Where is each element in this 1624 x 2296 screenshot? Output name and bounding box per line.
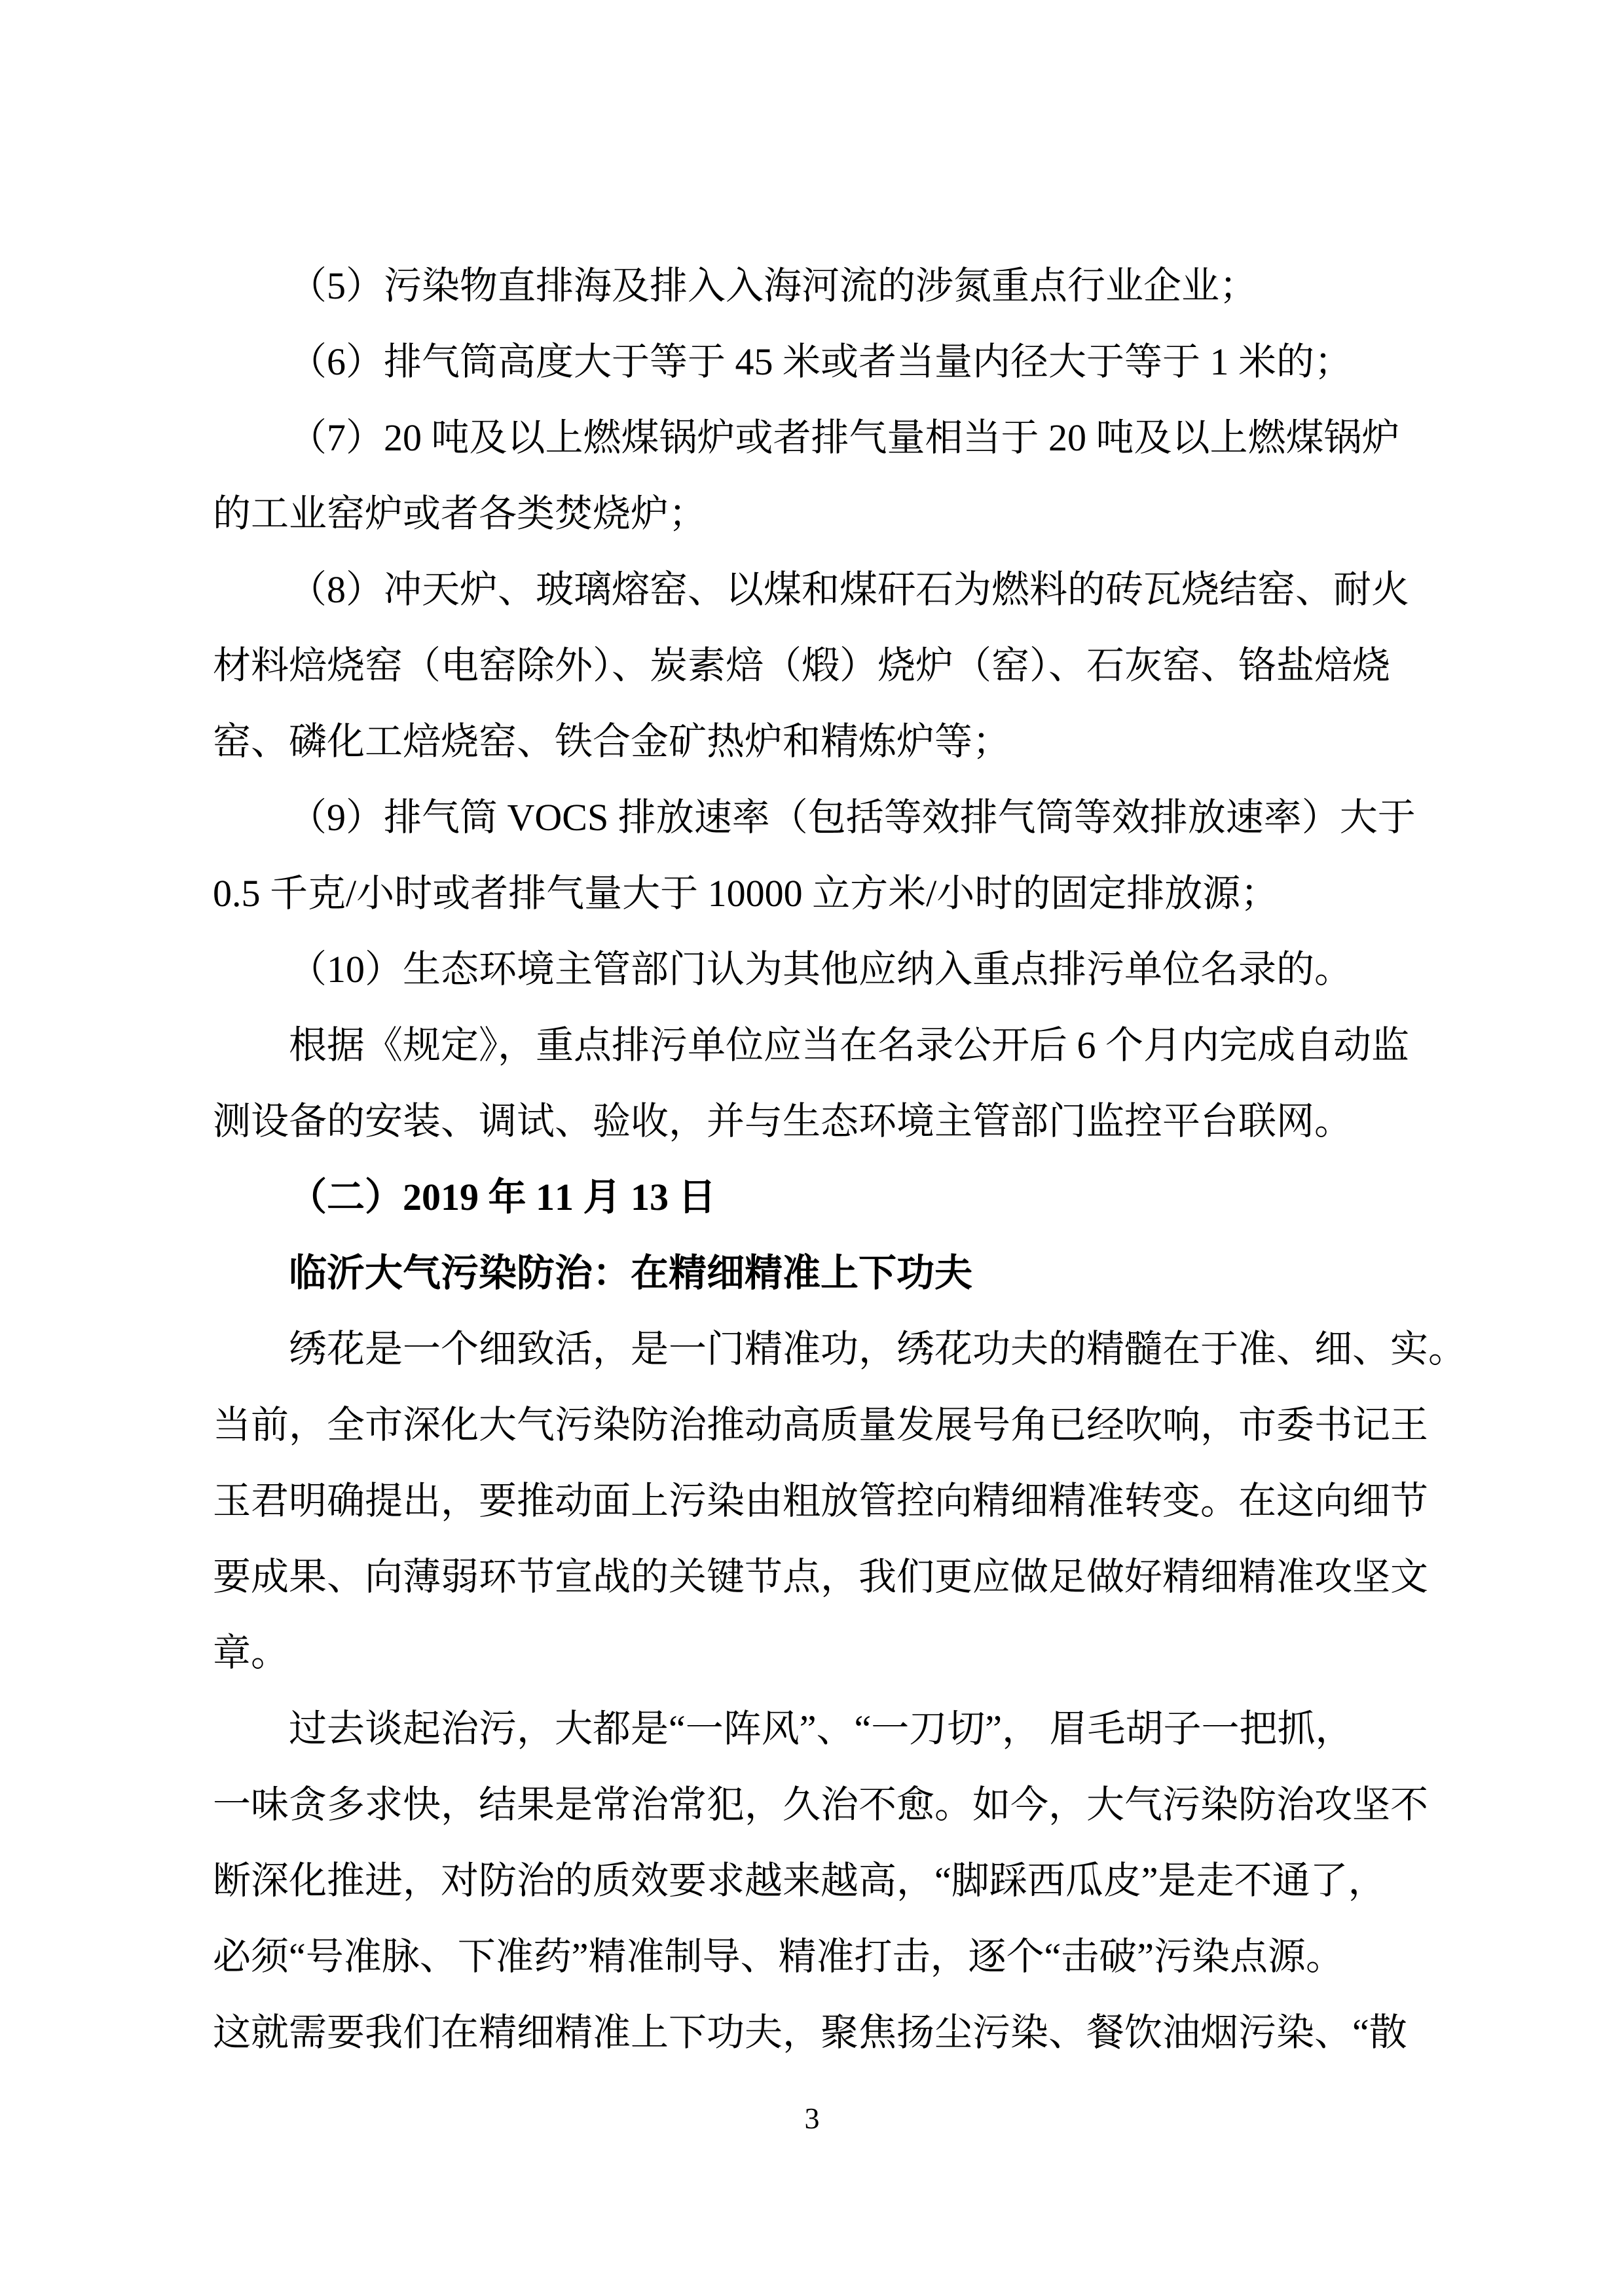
paragraph-1-line-2: 当前，全市深化大气污染防治推动高质量发展号角已经吹响，市委书记王 — [213, 1387, 1424, 1463]
regulation-para-line-2: 测设备的安装、调试、验收，并与生态环境主管部门监控平台联网。 — [213, 1084, 1424, 1159]
paragraph-2-line-2: 一味贪多求快，结果是常治常犯，久治不愈。如今，大气污染防治攻坚不 — [213, 1767, 1424, 1843]
list-item-9-line-1: （9）排气筒 VOCS 排放速率（包括等效排气筒等效排放速率）大于 — [213, 780, 1424, 856]
paragraph-2-line-1: 过去谈起治污，大都是“一阵风”、“一刀切”， 眉毛胡子一把抓， — [213, 1691, 1424, 1767]
list-item-6: （6）排气筒高度大于等于 45 米或者当量内径大于等于 1 米的； — [213, 324, 1424, 400]
regulation-para-line-1: 根据《规定》，重点排污单位应当在名录公开后 6 个月内完成自动监 — [213, 1008, 1424, 1084]
document-body: （5）污染物直排海及排入入海河流的涉氮重点行业企业； （6）排气筒高度大于等于 … — [213, 248, 1424, 2071]
list-item-5: （5）污染物直排海及排入入海河流的涉氮重点行业企业； — [213, 248, 1424, 324]
section-date-heading: （二）2019 年 11 月 13 日 — [213, 1159, 1424, 1235]
paragraph-1-line-1: 绣花是一个细致活，是一门精准功，绣花功夫的精髓在于准、细、实。 — [213, 1311, 1424, 1387]
paragraph-1-line-3: 玉君明确提出，要推动面上污染由粗放管控向精细精准转变。在这向细节 — [213, 1463, 1424, 1539]
paragraph-1-line-5: 章。 — [213, 1615, 1424, 1691]
list-item-7-line-2: 的工业窑炉或者各类焚烧炉； — [213, 476, 1424, 552]
document-page: （5）污染物直排海及排入入海河流的涉氮重点行业企业； （6）排气筒高度大于等于 … — [0, 0, 1624, 2296]
article-title: 临沂大气污染防治：在精细精准上下功夫 — [213, 1235, 1424, 1311]
paragraph-2-line-3: 断深化推进，对防治的质效要求越来越高，“脚踩西瓜皮”是走不通了， — [213, 1843, 1424, 1919]
list-item-7-line-1: （7）20 吨及以上燃煤锅炉或者排气量相当于 20 吨及以上燃煤锅炉 — [213, 400, 1424, 476]
paragraph-1-line-4: 要成果、向薄弱环节宣战的关键节点，我们更应做足做好精细精准攻坚文 — [213, 1539, 1424, 1615]
list-item-8-line-2: 材料焙烧窑（电窑除外）、炭素焙（煅）烧炉（窑）、石灰窑、铬盐焙烧 — [213, 628, 1424, 704]
list-item-10: （10）生态环境主管部门认为其他应纳入重点排污单位名录的。 — [213, 932, 1424, 1008]
page-number: 3 — [0, 2103, 1624, 2134]
list-item-8-line-1: （8）冲天炉、玻璃熔窑、以煤和煤矸石为燃料的砖瓦烧结窑、耐火 — [213, 552, 1424, 628]
paragraph-2-line-4: 必须“号准脉、下准药”精准制导、精准打击，逐个“击破”污染点源。 — [213, 1919, 1424, 1995]
paragraph-2-line-5: 这就需要我们在精细精准上下功夫，聚焦扬尘污染、餐饮油烟污染、“散 — [213, 1995, 1424, 2071]
list-item-9-line-2: 0.5 千克/小时或者排气量大于 10000 立方米/小时的固定排放源； — [213, 856, 1424, 932]
list-item-8-line-3: 窑、磷化工焙烧窑、铁合金矿热炉和精炼炉等； — [213, 704, 1424, 780]
